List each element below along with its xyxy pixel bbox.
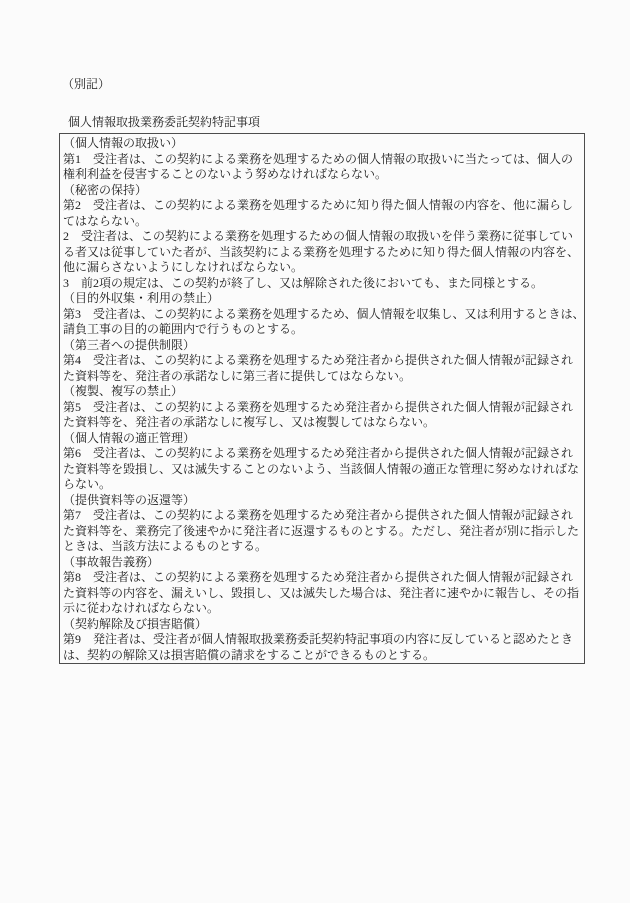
contract-line: 請負工事の目的の範囲内で行うものとする。 [63,322,581,338]
contract-line: （複製、複写の禁止） [63,384,581,400]
contract-line: た資料等の内容を、漏えいし、毀損し、又は滅失した場合は、発注者に速やかに報告し、… [63,586,581,602]
contract-terms-box: （個人情報の取扱い）第1 受注者は、この契約による業務を処理するための個人情報の… [59,133,585,664]
appendix-label: （別記） [62,77,110,92]
contract-line: 3 前2項の規定は、この契約が終了し、又は解除された後においても、また同様とする… [63,276,581,292]
contract-line: らない。 [63,477,581,493]
contract-line: 他に漏らさないようにしなければならない。 [63,260,581,276]
document-page: （別記） 個人情報取扱業務委託契約特記事項 （個人情報の取扱い）第1 受注者は、… [0,0,630,903]
contract-line: （個人情報の取扱い） [63,136,581,152]
contract-line: 第3 受注者は、この契約による業務を処理するため、個人情報を収集し、又は利用する… [63,307,581,323]
contract-line: 示に従わなければならない。 [63,601,581,617]
contract-line: た資料等を、発注者の承諾なしに第三者に提供してはならない。 [63,369,581,385]
contract-line: 第9 発注者は、受注者が個人情報取扱業務委託契約特記事項の内容に反していると認め… [63,632,581,648]
contract-line: 第4 受注者は、この契約による業務を処理するため発注者から提供された個人情報が記… [63,353,581,369]
contract-line: （秘密の保持） [63,183,581,199]
contract-line: 2 受注者は、この契約による業務を処理するための個人情報の取扱いを伴う業務に従事… [63,229,581,245]
contract-line: 第2 受注者は、この契約による業務を処理するために知り得た個人情報の内容を、他に… [63,198,581,214]
contract-line: （提供資料等の返還等） [63,493,581,509]
contract-line: 第1 受注者は、この契約による業務を処理するための個人情報の取扱いに当たっては、… [63,152,581,168]
contract-line: た資料等を、発注者の承諾なしに複写し、又は複製してはならない。 [63,415,581,431]
contract-line: てはならない。 [63,214,581,230]
contract-line: 第8 受注者は、この契約による業務を処理するため発注者から提供された個人情報が記… [63,570,581,586]
contract-line: た資料等を毀損し、又は滅失することのないよう、当該個人情報の適正な管理に努めなけ… [63,462,581,478]
contract-line: は、契約の解除又は損害賠償の請求をすることができるものとする。 [63,648,581,664]
document-title: 個人情報取扱業務委託契約特記事項 [68,115,260,130]
contract-line: （個人情報の適正管理） [63,431,581,447]
contract-line: （事故報告義務） [63,555,581,571]
contract-text: （個人情報の取扱い）第1 受注者は、この契約による業務を処理するための個人情報の… [63,136,581,663]
contract-line: （契約解除及び損害賠償） [63,617,581,633]
contract-line: （第三者への提供制限） [63,338,581,354]
contract-line: 第6 受注者は、この契約による業務を処理するため発注者から提供された個人情報が記… [63,446,581,462]
contract-line: ときは、当該方法によるものとする。 [63,539,581,555]
contract-line: る者又は従事していた者が、当該契約による業務を処理するために知り得た個人情報の内… [63,245,581,261]
contract-line: 第5 受注者は、この契約による業務を処理するため発注者から提供された個人情報が記… [63,400,581,416]
contract-line: 権利利益を侵害することのないよう努めなければならない。 [63,167,581,183]
contract-line: 第7 受注者は、この契約による業務を処理するため発注者から提供された個人情報が記… [63,508,581,524]
contract-line: た資料等を、業務完了後速やかに発注者に返還するものとする。ただし、発注者が別に指… [63,524,581,540]
contract-line: （目的外収集・利用の禁止） [63,291,581,307]
